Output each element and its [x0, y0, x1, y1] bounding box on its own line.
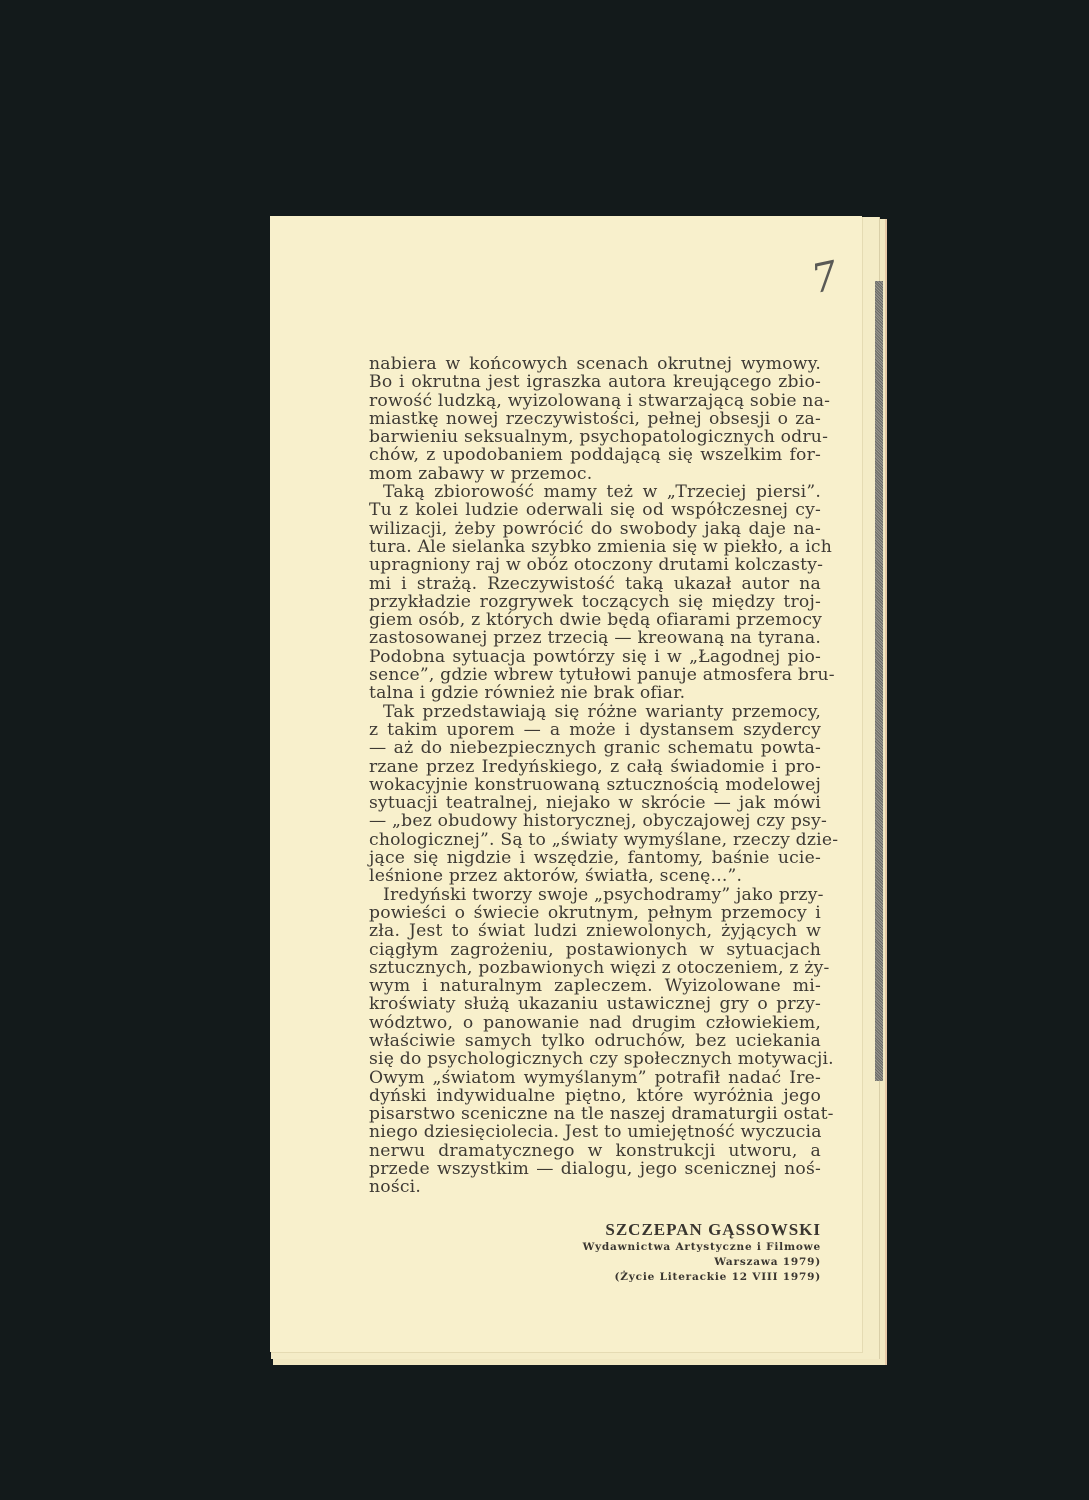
text-line: ności.: [369, 1178, 821, 1196]
text-line: wokacyjnie konstruowaną sztucznością mod…: [369, 776, 821, 794]
text-line: chów, z upodobaniem poddającą się wszelk…: [369, 446, 821, 464]
text-line: barwieniu seksualnym, psychopatologiczny…: [369, 428, 821, 446]
text-line: zła. Jest to świat ludzi zniewolonych, ż…: [369, 922, 821, 940]
text-line: przede wszystkim — dialogu, jego scenicz…: [369, 1160, 821, 1178]
text-line: sytuacji teatralnej, niejako w skrócie —…: [369, 794, 821, 812]
text-line: — aż do niebezpiecznych granic schematu …: [369, 739, 821, 757]
text-line: ciągłym zagrożeniu, postawionych w sytua…: [369, 941, 821, 959]
text-line: mi i strażą. Rzeczywistość taką ukazał a…: [369, 575, 821, 593]
text-line: leśnione przez aktorów, światła, scenę..…: [369, 867, 821, 885]
text-line: Bo i okrutna jest igraszka autora kreują…: [369, 373, 821, 391]
text-line: kroświaty służą ukazaniu ustawicznej gry…: [369, 995, 821, 1013]
page-edge-strip: [875, 281, 883, 1081]
text-line: miastkę nowej rzeczywistości, pełnej obs…: [369, 410, 821, 428]
text-line: sztucznych, pozbawionych więzi z otoczen…: [369, 959, 821, 977]
text-line: sence”, gdzie wbrew tytułowi panuje atmo…: [369, 666, 821, 684]
text-line: przykładzie rozgrywek toczących się międ…: [369, 593, 821, 611]
publisher-line: Wydawnictwa Artystyczne i Filmowe: [583, 1240, 821, 1255]
text-line: nabiera w końcowych scenach okrutnej wym…: [369, 355, 821, 373]
article-paragraph: Iredyński tworzy swoje „psychodramy” jak…: [369, 886, 821, 1197]
text-line: tura. Ale sielanka szybko zmienia się w …: [369, 538, 821, 556]
article-paragraph: nabiera w końcowych scenach okrutnej wym…: [369, 355, 821, 483]
text-line: talna i gdzie również nie brak ofiar.: [369, 684, 821, 702]
text-line: zastosowanej przez trzecią — kreowaną na…: [369, 629, 821, 647]
text-line: Tu z kolei ludzie oderwali się od współc…: [369, 501, 821, 519]
text-line: Taką zbiorowość mamy też w „Trzeciej pie…: [369, 483, 821, 501]
text-line: mom zabawy w przemoc.: [369, 465, 821, 483]
text-line: z takim uporem — a może i dystansem szyd…: [369, 721, 821, 739]
article-body: nabiera w końcowych scenach okrutnej wym…: [369, 355, 821, 1197]
text-line: dyński indywidualne piętno, które wyróżn…: [369, 1087, 821, 1105]
text-line: upragniony raj w obóz otoczony drutami k…: [369, 556, 821, 574]
text-line: wilizacji, żeby powrócić do swobody jaką…: [369, 520, 821, 538]
article-paragraph: Tak przedstawiają się różne warianty prz…: [369, 703, 821, 886]
text-line: jące się nigdzie i wszędzie, fantomy, ba…: [369, 849, 821, 867]
text-line: — „bez obudowy historycznej, obyczajowej…: [369, 812, 821, 830]
text-line: wym i naturalnym zapleczem. Wyizolowane …: [369, 977, 821, 995]
text-line: rowość ludzką, wyizolowaną i stwarzającą…: [369, 392, 821, 410]
text-line: Tak przedstawiają się różne warianty prz…: [369, 703, 821, 721]
text-line: właściwie samych tylko odruchów, bez uci…: [369, 1032, 821, 1050]
text-line: rzane przez Iredyńskiego, z całą świadom…: [369, 758, 821, 776]
place-year-line: Warszawa 1979): [583, 1255, 821, 1270]
text-line: chologicznej”. Są to „światy wymyślane, …: [369, 831, 821, 849]
text-line: wództwo, o panowanie nad drugim człowiek…: [369, 1014, 821, 1032]
source-line: (Życie Literackie 12 VIII 1979): [583, 1270, 821, 1285]
text-line: Iredyński tworzy swoje „psychodramy” jak…: [369, 886, 821, 904]
text-line: niego dziesięciolecia. Jest to umiejętno…: [369, 1123, 821, 1141]
text-line: się do psychologicznych czy społecznych …: [369, 1050, 821, 1068]
article-paragraph: Taką zbiorowość mamy też w „Trzeciej pie…: [369, 483, 821, 703]
text-line: Podobna sytuacja powtórzy się i w „Łagod…: [369, 648, 821, 666]
text-line: pisarstwo sceniczne na tle naszej dramat…: [369, 1105, 821, 1123]
text-line: nerwu dramatycznego w konstrukcji utworu…: [369, 1142, 821, 1160]
text-line: giem osób, z których dwie będą ofiarami …: [369, 611, 821, 629]
signature-block: SZCZEPAN GĄSSOWSKI Wydawnictwa Artystycz…: [583, 1220, 821, 1285]
text-line: Owym „światom wymyślanym” potrafił nadać…: [369, 1069, 821, 1087]
author-name: SZCZEPAN GĄSSOWSKI: [583, 1220, 821, 1240]
text-line: powieści o świecie okrutnym, pełnym prze…: [369, 904, 821, 922]
